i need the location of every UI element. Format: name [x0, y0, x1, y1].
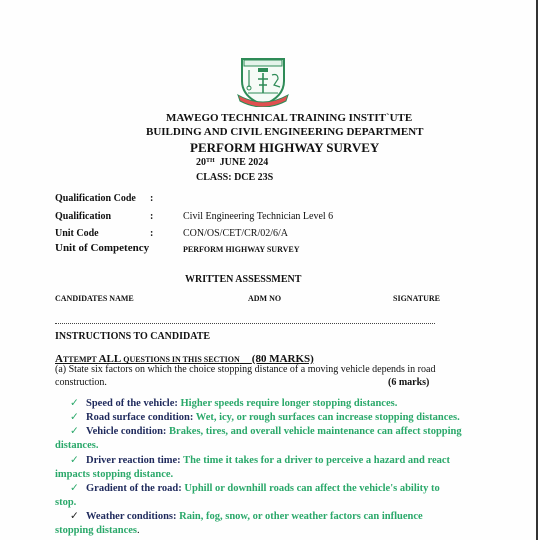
detail-colon: : [150, 193, 153, 204]
answer-value: Wet, icy, or rough surfaces can increase… [193, 412, 459, 423]
check-icon: ✓ [70, 397, 86, 411]
answer-value-cont: impacts stopping distance. [55, 469, 173, 480]
class-code: CLASS: DCE 23S [196, 172, 273, 183]
instructions-heading: INSTRUCTIONS TO CANDIDATE [55, 331, 210, 342]
adm-no-label: ADM NO [248, 294, 281, 303]
answer-continuation: distances. [55, 439, 98, 453]
assessment-title: WRITTEN ASSESSMENT [185, 274, 301, 285]
detail-label-qualification-code: Qualification Code [55, 193, 136, 204]
answer-item: ✓Gradient of the road: Uphill or downhil… [70, 482, 440, 496]
answer-value: Higher speeds require longer stopping di… [178, 398, 397, 409]
date-day: 20 [196, 157, 206, 168]
answer-value: The time it takes for a driver to percei… [181, 455, 450, 466]
detail-value-unit-code: CON/OS/CET/CR/02/6/A [183, 228, 288, 239]
signature-label: SIGNATURE [393, 294, 440, 303]
answer-key: Road surface condition: [86, 412, 193, 423]
detail-label-unit-of-competency: Unit of Competency [55, 242, 149, 254]
candidate-name-label: CANDIDATES NAME [55, 294, 134, 303]
answer-key: Vehicle condition: [86, 426, 166, 437]
attempt-b: TTEMPT [63, 355, 99, 364]
check-icon: ✓ [70, 425, 86, 439]
answer-item: ✓Vehicle condition: Brakes, tires, and o… [70, 425, 462, 439]
detail-value-unit-of-competency: PERFORM HIGHWAY SURVEY [183, 245, 299, 254]
question-a-line1: (a) State six factors on which the choic… [55, 364, 435, 375]
date-suffix: TH [206, 158, 215, 164]
check-icon: ✓ [70, 510, 86, 524]
answer-value: Rain, fog, snow, or other weather factor… [177, 511, 423, 522]
paper-title: PERFORM HIGHWAY SURVEY [190, 140, 379, 156]
department-name: BUILDING AND CIVIL ENGINEERING DEPARTMEN… [146, 126, 424, 138]
answer-item: ✓Weather conditions: Rain, fog, snow, or… [70, 510, 423, 524]
answer-value-cont: distances. [55, 440, 98, 451]
question-a-marks: (6 marks) [388, 377, 429, 388]
detail-label-unit-code: Unit Code [55, 228, 99, 239]
attempt-d: QUESTIONS IN THIS SECTION [121, 355, 240, 364]
question-a-line2: construction. [55, 377, 107, 388]
answer-key: Driver reaction time: [86, 455, 181, 466]
answer-value-cont: stop. [55, 497, 76, 508]
answer-item: ✓Road surface condition: Wet, icy, or ro… [70, 411, 460, 425]
answer-key: Speed of the vehicle: [86, 398, 178, 409]
check-icon: ✓ [70, 411, 86, 425]
answer-value: Uphill or downhill roads can affect the … [182, 483, 440, 494]
answer-key: Weather conditions: [86, 511, 177, 522]
period: . [137, 525, 140, 536]
candidate-details-dotted-line[interactable] [55, 313, 435, 324]
check-icon: ✓ [70, 482, 86, 496]
check-icon: ✓ [70, 454, 86, 468]
answer-item: ✓Speed of the vehicle: Higher speeds req… [70, 397, 397, 411]
detail-colon: : [150, 211, 153, 222]
answer-item: ✓Driver reaction time: The time it takes… [70, 454, 450, 468]
detail-value-qualification: Civil Engineering Technician Level 6 [183, 211, 333, 222]
answer-value: Brakes, tires, and overall vehicle maint… [166, 426, 461, 437]
date-month-year: JUNE 2024 [220, 157, 269, 168]
answer-continuation: stopping distances. [55, 524, 140, 538]
answer-continuation: stop. [55, 496, 76, 510]
detail-colon: : [150, 228, 153, 239]
institution-name: MAWEGO TECHNICAL TRAINING INSTIT`UTE [166, 112, 412, 124]
exam-date: 20TH JUNE 2024 [196, 157, 268, 168]
college-crest-logo-icon [234, 55, 292, 107]
answer-key: Gradient of the road: [86, 483, 182, 494]
answer-continuation: impacts stopping distance. [55, 468, 173, 482]
answer-value-cont: stopping distances [55, 525, 137, 536]
detail-label-qualification: Qualification [55, 211, 111, 222]
